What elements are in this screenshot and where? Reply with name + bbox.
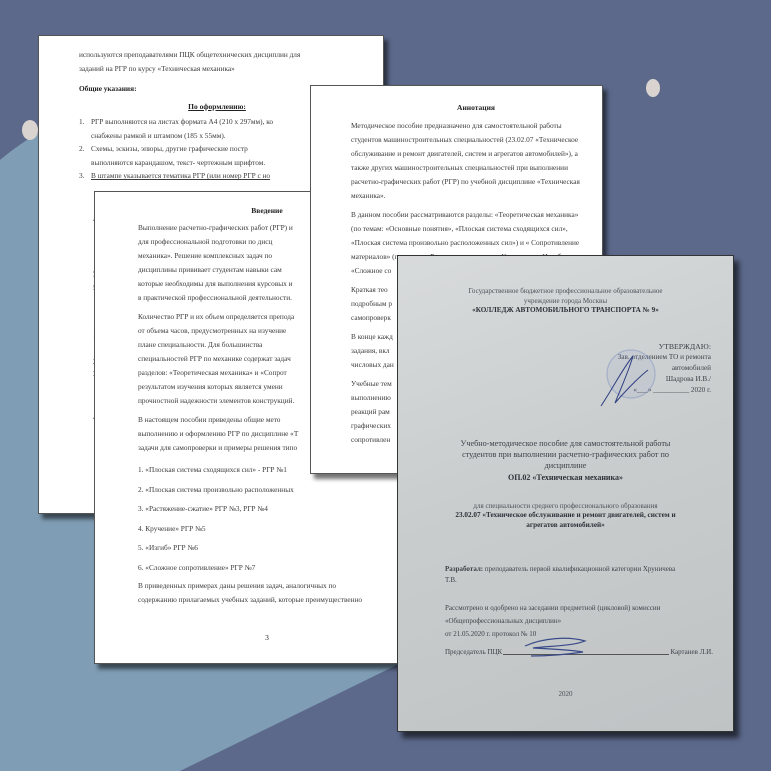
topic-list-item: 4. Кручение» РГР №5	[138, 519, 396, 539]
paragraph-line: обслуживание и ремонт двигателей, систем…	[351, 147, 601, 161]
approval-signature	[593, 348, 663, 408]
signature-mark	[523, 636, 593, 658]
document-title-line: Учебно-методическое пособие для самостоя…	[398, 438, 733, 449]
paragraph-line: Методическое пособие предназначено для с…	[351, 119, 601, 133]
topic-list-item: 6. «Сложное сопротивление» РГР №7	[138, 558, 396, 578]
document-title-line: дисциплине	[398, 460, 733, 471]
paragraph-line: содержанию прилагаемых учебных заданий, …	[138, 593, 396, 607]
author-block: Разработал: преподаватель первой квалифи…	[445, 564, 713, 586]
paragraph-line: расчетно-графических работ (РГР) по учеб…	[351, 175, 601, 189]
specialty-line: агрегатов автомобилей»	[398, 520, 733, 530]
document-title-line: студентов при выполнении расчетно-графич…	[398, 449, 733, 460]
paragraph-line: В данном пособии рассматриваются разделы…	[351, 208, 601, 222]
topic-list-item: 5. «Изгиб» РГР №6	[138, 538, 396, 558]
paragraph-line: механика».	[351, 189, 601, 203]
decor-dot	[22, 120, 38, 140]
intro-line: используются преподавателями ПЦК общетех…	[79, 48, 355, 62]
paragraph-line: также других машиностроительных специаль…	[351, 161, 601, 175]
org-name: Государственное бюджетное профессиональн…	[398, 286, 733, 296]
college-name: «КОЛЛЕДЖ АВТОМОБИЛЬНОГО ТРАНСПОРТА № 9»	[398, 306, 733, 314]
page-title: Аннотация	[351, 103, 601, 112]
year: 2020	[398, 689, 733, 699]
paragraph-line: (по темам: «Основные понятия», «Плоская …	[351, 222, 601, 236]
paragraph-line: В приведенных примерах даны решения зада…	[138, 579, 396, 593]
intro-line: заданий на РГР по курсу «Техническая мех…	[79, 62, 355, 76]
discipline-name: ОП.02 «Техническая механика»	[398, 473, 733, 482]
specialty-line: 23.02.07 «Техническое обслуживание и рем…	[398, 510, 733, 520]
review-line: «Общепрофессиональных дисциплин»	[445, 615, 713, 628]
review-line: Рассмотрено и одобрено на заседании пред…	[445, 602, 713, 615]
decor-dot	[646, 79, 660, 97]
topic-list-item: 3. «Растяжение-сжатие» РГР №3, РГР №4	[138, 499, 396, 519]
org-name-cont: учреждение города Москвы	[398, 296, 733, 306]
topic-list-item: 2. «Плоская система произвольно располож…	[138, 480, 396, 500]
title-page-photo: Государственное бюджетное профессиональн…	[397, 255, 734, 732]
paragraph-line: «Плоская система произвольно расположенн…	[351, 236, 601, 250]
paragraph-line: студентов машиностроительных специальнос…	[351, 133, 601, 147]
page-number: 3	[138, 633, 396, 642]
